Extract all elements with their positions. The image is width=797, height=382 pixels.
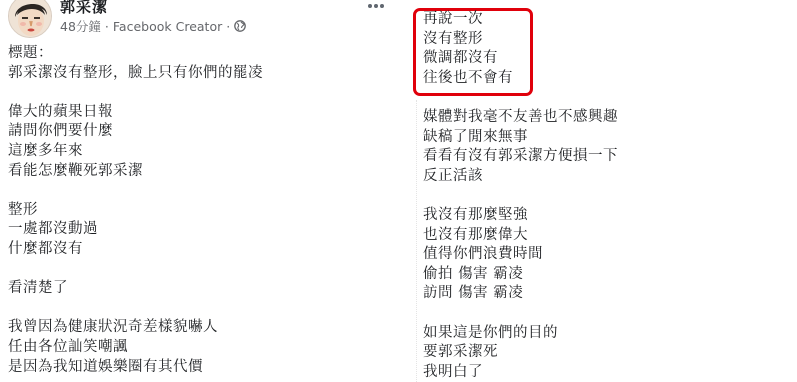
text-line: 任由各位訕笑嘲諷 bbox=[8, 338, 263, 358]
post-text-left: 標題： 郭采潔沒有整形，臉上只有你們的罷凌 偉大的蘋果日報 請問你們要什麼 這麼… bbox=[8, 44, 263, 377]
text-line: 郭采潔沒有整形，臉上只有你們的罷凌 bbox=[8, 64, 263, 84]
text-line: 我沒有那麼堅強 bbox=[423, 206, 618, 226]
text-line: 反正活該 bbox=[423, 167, 618, 187]
author-name[interactable]: 郭采潔 bbox=[60, 0, 108, 17]
text-line: 偷拍 傷害 霸凌 bbox=[423, 265, 618, 285]
text-line: 我曾因為健康狀況奇差樣貌嚇人 bbox=[8, 318, 263, 338]
more-dots-icon bbox=[374, 4, 378, 8]
text-line: 什麼都沒有 bbox=[8, 240, 263, 260]
text-line: 看清楚了 bbox=[8, 279, 263, 299]
highlighted-line: 往後也不會有 bbox=[423, 69, 618, 89]
more-options-button[interactable] bbox=[368, 4, 384, 8]
text-line: 偉大的蘋果日報 bbox=[8, 103, 263, 123]
text-line: 媒體對我毫不友善也不感興趣 bbox=[423, 108, 618, 128]
text-line: 也沒有那麼偉大 bbox=[423, 226, 618, 246]
text-line: 我明白了 bbox=[423, 363, 618, 382]
post-text-right: 再說一次 沒有整形 微調都沒有 往後也不會有 媒體對我毫不友善也不感興趣 缺稿了… bbox=[423, 10, 618, 382]
meta-separator: · bbox=[226, 19, 230, 34]
text-line: 標題： bbox=[8, 44, 263, 64]
text-line: 請問你們要什麼 bbox=[8, 122, 263, 142]
text-line: 一處都沒動過 bbox=[8, 220, 263, 240]
more-dots-icon bbox=[380, 4, 384, 8]
post-meta: 48分鐘 · Facebook Creator · bbox=[60, 17, 246, 35]
globe-icon[interactable] bbox=[234, 20, 246, 32]
highlighted-line: 微調都沒有 bbox=[423, 49, 618, 69]
highlighted-line: 再說一次 bbox=[423, 10, 618, 30]
text-line: 看能怎麼鞭死郭采潔 bbox=[8, 162, 263, 182]
more-dots-icon bbox=[368, 4, 372, 8]
highlighted-line: 沒有整形 bbox=[423, 30, 618, 50]
meta-separator: · bbox=[105, 19, 109, 34]
column-divider bbox=[416, 100, 417, 382]
post-source: Facebook Creator bbox=[113, 19, 222, 34]
avatar[interactable] bbox=[8, 0, 52, 38]
text-line: 訪問 傷害 霸凌 bbox=[423, 284, 618, 304]
text-line: 整形 bbox=[8, 201, 263, 221]
text-line: 要郭采潔死 bbox=[423, 343, 618, 363]
text-line: 如果這是你們的目的 bbox=[423, 324, 618, 344]
text-line: 這麼多年來 bbox=[8, 142, 263, 162]
avatar-illustration-icon bbox=[9, 0, 52, 38]
text-line: 是因為我知道娛樂圈有其代價 bbox=[8, 358, 263, 378]
text-line: 缺稿了閒來無事 bbox=[423, 128, 618, 148]
post-time[interactable]: 48分鐘 bbox=[60, 17, 101, 35]
text-line: 看看有沒有郭采潔方便損一下 bbox=[423, 147, 618, 167]
text-line: 值得你們浪費時間 bbox=[423, 245, 618, 265]
